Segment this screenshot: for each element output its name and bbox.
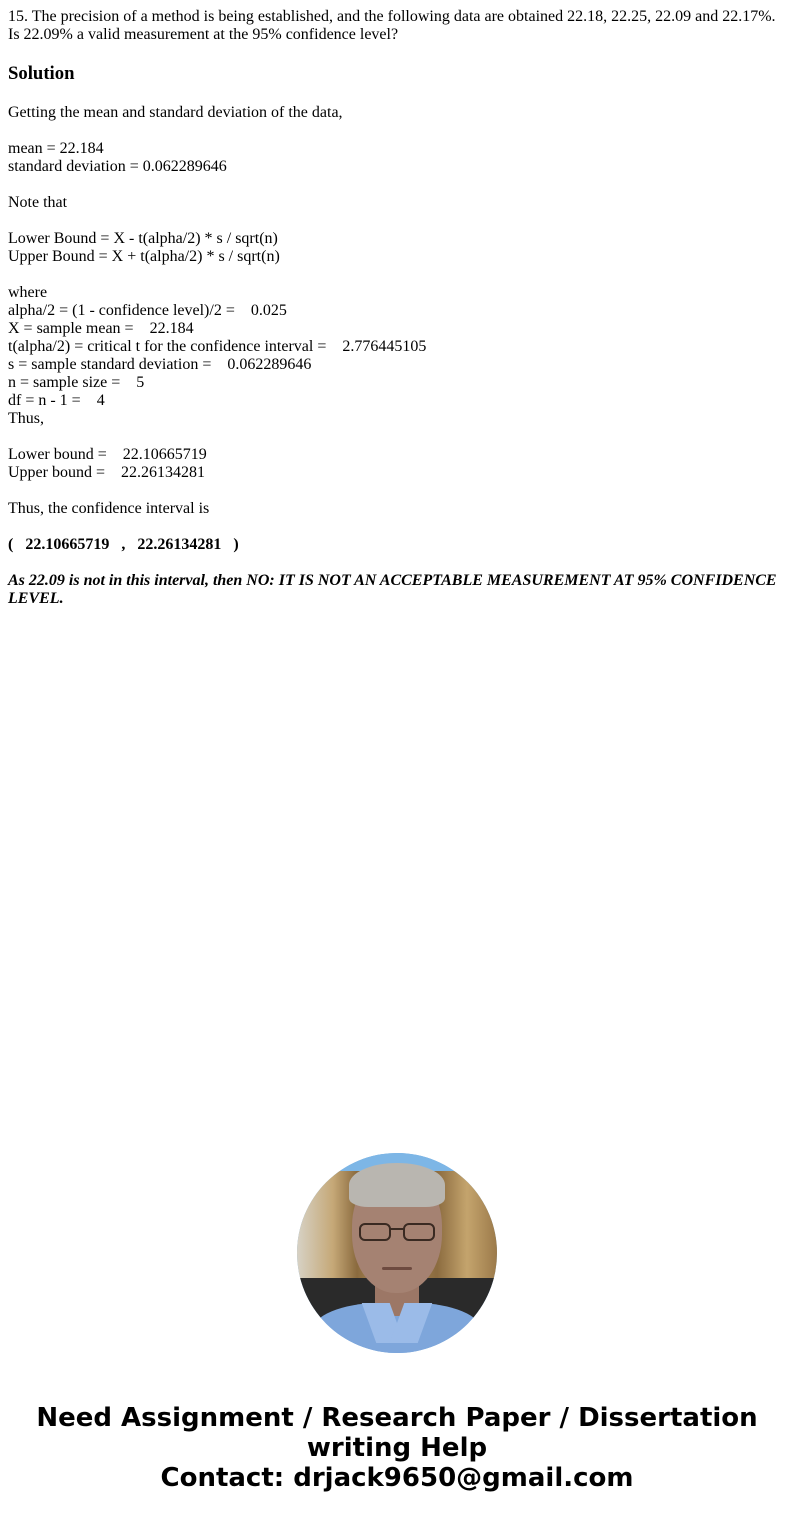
thus-line: Thus,	[8, 410, 786, 428]
promo-line-2: writing Help	[0, 1433, 794, 1463]
sample-sd-line: s = sample standard deviation = 0.062289…	[8, 356, 786, 374]
formula-lower: Lower Bound = X - t(alpha/2) * s / sqrt(…	[8, 230, 786, 248]
formula-upper: Upper Bound = X + t(alpha/2) * s / sqrt(…	[8, 248, 786, 266]
where-label: where	[8, 284, 786, 302]
stat-mean: mean = 22.184	[8, 140, 786, 158]
author-photo-icon	[297, 1153, 497, 1353]
document-body: 15. The precision of a method is being e…	[8, 8, 786, 608]
glasses-icon	[359, 1223, 437, 1243]
note-text: Note that	[8, 194, 786, 212]
where-block: where alpha/2 = (1 - confidence level)/2…	[8, 284, 786, 428]
promo-line-1: Need Assignment / Research Paper / Disse…	[0, 1403, 794, 1433]
question-text: 15. The precision of a method is being e…	[8, 8, 786, 44]
confidence-interval: ( 22.10665719 , 22.26134281 )	[8, 536, 786, 554]
stats-block: mean = 22.184 standard deviation = 0.062…	[8, 140, 786, 176]
stat-std-dev: standard deviation = 0.062289646	[8, 158, 786, 176]
interval-intro: Thus, the confidence interval is	[8, 500, 786, 518]
df-line: df = n - 1 = 4	[8, 392, 786, 410]
upper-bound-line: Upper bound = 22.26134281	[8, 464, 786, 482]
conclusion-text: As 22.09 is not in this interval, then N…	[8, 572, 786, 608]
bounds-block: Lower bound = 22.10665719 Upper bound = …	[8, 446, 786, 482]
lower-bound-line: Lower bound = 22.10665719	[8, 446, 786, 464]
promo-banner: Need Assignment / Research Paper / Disse…	[0, 1403, 794, 1493]
solution-intro: Getting the mean and standard deviation …	[8, 104, 786, 122]
solution-heading: Solution	[8, 63, 786, 85]
sample-mean-line: X = sample mean = 22.184	[8, 320, 786, 338]
alpha-line: alpha/2 = (1 - confidence level)/2 = 0.0…	[8, 302, 786, 320]
promo-contact: Contact: drjack9650@gmail.com	[0, 1463, 794, 1493]
sample-size-line: n = sample size = 5	[8, 374, 786, 392]
critical-t-line: t(alpha/2) = critical t for the confiden…	[8, 338, 786, 356]
formulas-block: Lower Bound = X - t(alpha/2) * s / sqrt(…	[8, 230, 786, 266]
